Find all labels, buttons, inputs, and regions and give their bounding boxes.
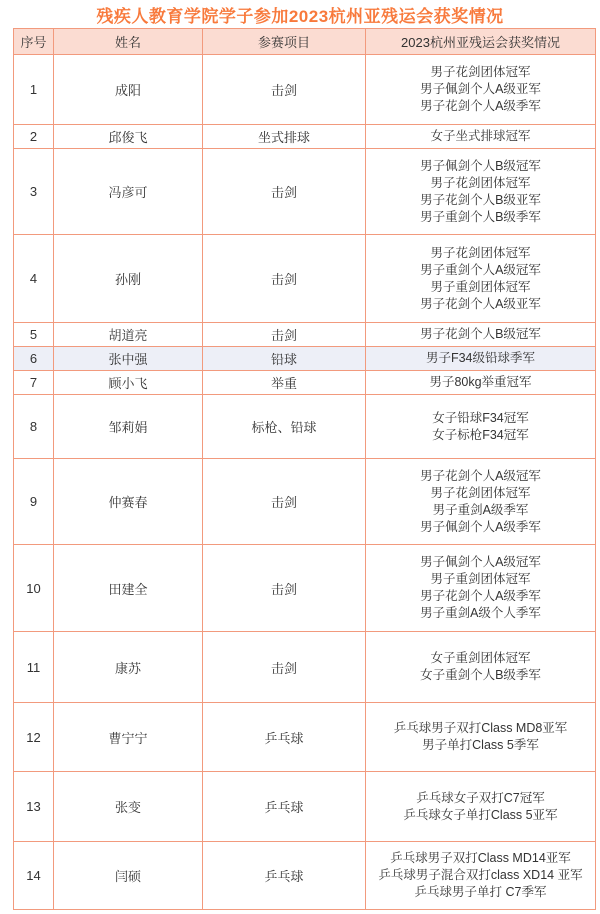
award-line: 男子花剑个人B级亚军 xyxy=(369,192,592,209)
event-cell: 标枪、铅球 xyxy=(203,395,366,459)
awards-cell: 男子F34级铅球季军 xyxy=(366,347,596,371)
row-number-cell: 5 xyxy=(14,323,54,347)
event-cell: 乒乓球 xyxy=(203,772,366,842)
award-line: 乒乓球女子单打Class 5亚军 xyxy=(369,807,592,824)
event-cell: 乒乓球 xyxy=(203,703,366,772)
event-cell: 举重 xyxy=(203,371,366,395)
award-line: 乒乓球男子混合双打class XD14 亚军 xyxy=(369,867,592,884)
row-number-cell: 10 xyxy=(14,545,54,632)
award-line: 男子花剑团体冠军 xyxy=(369,175,592,192)
award-line: 女子标枪F34冠军 xyxy=(369,427,592,444)
table-row: 5 胡道亮 击剑 男子花剑个人B级冠军 xyxy=(14,323,596,347)
table-row: 4 孙刚 击剑 男子花剑团体冠军男子重剑个人A级冠军男子重剑团体冠军男子花剑个人… xyxy=(14,235,596,323)
awards-cell: 男子花剑个人A级冠军男子花剑团体冠军男子重剑A级季军男子佩剑个人A级季军 xyxy=(366,459,596,545)
name-cell: 成阳 xyxy=(54,55,203,125)
row-number-cell: 2 xyxy=(14,125,54,149)
event-cell: 击剑 xyxy=(203,55,366,125)
event-cell: 乒乓球 xyxy=(203,842,366,910)
table-row: 6 张中强 铅球 男子F34级铅球季军 xyxy=(14,347,596,371)
table-row: 9 仲赛春 击剑 男子花剑个人A级冠军男子花剑团体冠军男子重剑A级季军男子佩剑个… xyxy=(14,459,596,545)
row-number-cell: 14 xyxy=(14,842,54,910)
awards-table: 序号 姓名 参赛项目 2023杭州亚残运会获奖情况 1 成阳 击剑 男子花剑团体… xyxy=(13,28,596,910)
award-line: 女子铅球F34冠军 xyxy=(369,410,592,427)
header-row: 序号 姓名 参赛项目 2023杭州亚残运会获奖情况 xyxy=(14,29,596,55)
event-cell: 击剑 xyxy=(203,149,366,235)
row-number-cell: 4 xyxy=(14,235,54,323)
awards-cell: 男子佩剑个人B级冠军男子花剑团体冠军男子花剑个人B级亚军男子重剑个人B级季军 xyxy=(366,149,596,235)
awards-cell: 男子花剑团体冠军男子佩剑个人A级亚军男子花剑个人A级季军 xyxy=(366,55,596,125)
event-cell: 坐式排球 xyxy=(203,125,366,149)
awards-cell: 乒乓球女子双打C7冠军乒乓球女子单打Class 5亚军 xyxy=(366,772,596,842)
column-header-awards: 2023杭州亚残运会获奖情况 xyxy=(366,29,596,55)
table-row: 8 邹莉娟 标枪、铅球 女子铅球F34冠军女子标枪F34冠军 xyxy=(14,395,596,459)
row-number-cell: 6 xyxy=(14,347,54,371)
award-line: 男子佩剑个人A级冠军 xyxy=(369,554,592,571)
awards-cell: 男子80kg举重冠军 xyxy=(366,371,596,395)
name-cell: 胡道亮 xyxy=(54,323,203,347)
name-cell: 曹宁宁 xyxy=(54,703,203,772)
table-row: 12 曹宁宁 乒乓球 乒乓球男子双打Class MD8亚军男子单打Class 5… xyxy=(14,703,596,772)
award-line: 男子佩剑个人B级冠军 xyxy=(369,158,592,175)
award-line: 乒乓球男子单打 C7季军 xyxy=(369,884,592,901)
award-line: 男子重剑团体冠军 xyxy=(369,279,592,296)
award-line: 乒乓球男子双打Class MD14亚军 xyxy=(369,850,592,867)
event-cell: 击剑 xyxy=(203,235,366,323)
page: { "title": "残疾人教育学院学子参加2023杭州亚残运会获奖情况", … xyxy=(0,0,600,914)
row-number-cell: 8 xyxy=(14,395,54,459)
table-row: 11 康苏 击剑 女子重剑团体冠军女子重剑个人B级季军 xyxy=(14,632,596,703)
name-cell: 邹莉娟 xyxy=(54,395,203,459)
row-number-cell: 11 xyxy=(14,632,54,703)
table-row: 13 张变 乒乓球 乒乓球女子双打C7冠军乒乓球女子单打Class 5亚军 xyxy=(14,772,596,842)
event-cell: 击剑 xyxy=(203,545,366,632)
award-line: 男子花剑个人A级季军 xyxy=(369,588,592,605)
award-line: 男子花剑个人A级冠军 xyxy=(369,468,592,485)
row-number-cell: 3 xyxy=(14,149,54,235)
event-cell: 击剑 xyxy=(203,323,366,347)
event-cell: 击剑 xyxy=(203,632,366,703)
page-title: 残疾人教育学院学子参加2023杭州亚残运会获奖情况 xyxy=(0,0,600,28)
award-line: 男子花剑团体冠军 xyxy=(369,245,592,262)
award-line: 女子重剑个人B级季军 xyxy=(369,667,592,684)
name-cell: 田建全 xyxy=(54,545,203,632)
awards-table-body: 1 成阳 击剑 男子花剑团体冠军男子佩剑个人A级亚军男子花剑个人A级季军 2 邱… xyxy=(14,55,596,910)
award-line: 男子佩剑个人A级季军 xyxy=(369,519,592,536)
row-number-cell: 13 xyxy=(14,772,54,842)
award-line: 男子重剑个人B级季军 xyxy=(369,209,592,226)
name-cell: 张中强 xyxy=(54,347,203,371)
row-number-cell: 7 xyxy=(14,371,54,395)
award-line: 男子重剑A级季军 xyxy=(369,502,592,519)
row-number-cell: 1 xyxy=(14,55,54,125)
award-line: 男子F34级铅球季军 xyxy=(369,350,592,367)
column-header-number: 序号 xyxy=(14,29,54,55)
table-row: 3 冯彦可 击剑 男子佩剑个人B级冠军男子花剑团体冠军男子花剑个人B级亚军男子重… xyxy=(14,149,596,235)
name-cell: 孙刚 xyxy=(54,235,203,323)
awards-cell: 女子铅球F34冠军女子标枪F34冠军 xyxy=(366,395,596,459)
name-cell: 邱俊飞 xyxy=(54,125,203,149)
award-line: 男子花剑个人A级季军 xyxy=(369,98,592,115)
awards-cell: 女子坐式排球冠军 xyxy=(366,125,596,149)
awards-cell: 乒乓球男子双打Class MD8亚军男子单打Class 5季军 xyxy=(366,703,596,772)
awards-table-header: 序号 姓名 参赛项目 2023杭州亚残运会获奖情况 xyxy=(14,29,596,55)
award-line: 乒乓球女子双打C7冠军 xyxy=(369,790,592,807)
name-cell: 张变 xyxy=(54,772,203,842)
table-row: 7 顾小飞 举重 男子80kg举重冠军 xyxy=(14,371,596,395)
column-header-name: 姓名 xyxy=(54,29,203,55)
award-line: 男子花剑团体冠军 xyxy=(369,64,592,81)
award-line: 乒乓球男子双打Class MD8亚军 xyxy=(369,720,592,737)
table-row: 14 闫硕 乒乓球 乒乓球男子双打Class MD14亚军乒乓球男子混合双打cl… xyxy=(14,842,596,910)
row-number-cell: 9 xyxy=(14,459,54,545)
award-line: 男子单打Class 5季军 xyxy=(369,737,592,754)
name-cell: 冯彦可 xyxy=(54,149,203,235)
column-header-event: 参赛项目 xyxy=(203,29,366,55)
event-cell: 击剑 xyxy=(203,459,366,545)
awards-cell: 男子佩剑个人A级冠军男子重剑团体冠军男子花剑个人A级季军男子重剑A级个人季军 xyxy=(366,545,596,632)
row-number-cell: 12 xyxy=(14,703,54,772)
awards-cell: 男子花剑个人B级冠军 xyxy=(366,323,596,347)
name-cell: 顾小飞 xyxy=(54,371,203,395)
award-line: 男子花剑个人A级亚军 xyxy=(369,296,592,313)
award-line: 男子佩剑个人A级亚军 xyxy=(369,81,592,98)
award-line: 男子80kg举重冠军 xyxy=(369,374,592,391)
awards-cell: 女子重剑团体冠军女子重剑个人B级季军 xyxy=(366,632,596,703)
awards-cell: 男子花剑团体冠军男子重剑个人A级冠军男子重剑团体冠军男子花剑个人A级亚军 xyxy=(366,235,596,323)
award-line: 女子坐式排球冠军 xyxy=(369,128,592,145)
event-cell: 铅球 xyxy=(203,347,366,371)
name-cell: 仲赛春 xyxy=(54,459,203,545)
name-cell: 闫硕 xyxy=(54,842,203,910)
table-row: 10 田建全 击剑 男子佩剑个人A级冠军男子重剑团体冠军男子花剑个人A级季军男子… xyxy=(14,545,596,632)
awards-cell: 乒乓球男子双打Class MD14亚军乒乓球男子混合双打class XD14 亚… xyxy=(366,842,596,910)
name-cell: 康苏 xyxy=(54,632,203,703)
award-line: 男子花剑团体冠军 xyxy=(369,485,592,502)
award-line: 男子重剑个人A级冠军 xyxy=(369,262,592,279)
award-line: 男子重剑团体冠军 xyxy=(369,571,592,588)
award-line: 男子重剑A级个人季军 xyxy=(369,605,592,622)
table-row: 1 成阳 击剑 男子花剑团体冠军男子佩剑个人A级亚军男子花剑个人A级季军 xyxy=(14,55,596,125)
award-line: 女子重剑团体冠军 xyxy=(369,650,592,667)
table-row: 2 邱俊飞 坐式排球 女子坐式排球冠军 xyxy=(14,125,596,149)
award-line: 男子花剑个人B级冠军 xyxy=(369,326,592,343)
